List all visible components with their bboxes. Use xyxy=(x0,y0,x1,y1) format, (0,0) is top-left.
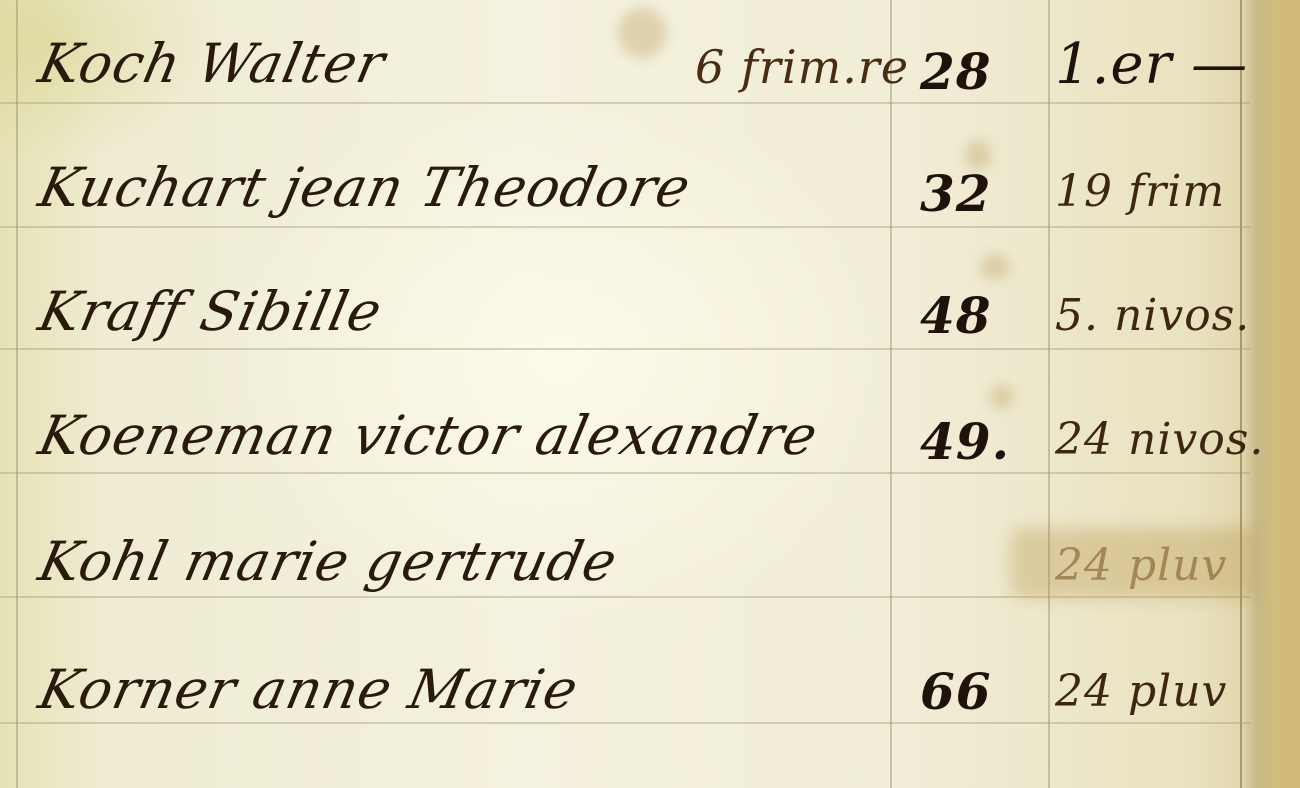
register-entry: Kraff Sibille 48 5. nivos. xyxy=(0,270,1300,394)
entry-age: 66 xyxy=(920,662,992,721)
entry-date: 24 nivos. xyxy=(1055,414,1264,465)
entry-note: 6 frim.re xyxy=(695,40,909,94)
entry-name: Koeneman victor alexandre xyxy=(33,404,823,467)
entry-age: 28 xyxy=(920,42,992,101)
entry-name: Korner anne Marie xyxy=(33,658,584,721)
entry-age: 49. xyxy=(920,412,1010,471)
register-page: Koch Walter 6 frim.re 28 1.er — Kuchart … xyxy=(0,0,1300,788)
entry-name: Kraff Sibille xyxy=(33,280,387,343)
register-entry: Koch Walter 6 frim.re 28 1.er — xyxy=(0,22,1300,146)
register-entry: Kuchart jean Theodore 32 19 frim xyxy=(0,146,1300,270)
entry-name: Kuchart jean Theodore xyxy=(33,156,696,219)
register-entry: Koeneman victor alexandre 49. 24 nivos. xyxy=(0,394,1300,518)
entry-date: 24 pluv xyxy=(1055,540,1227,591)
entry-age: 32 xyxy=(920,164,992,223)
entry-name: Kohl marie gertrude xyxy=(33,530,623,593)
register-entry: Korner anne Marie 66 24 pluv xyxy=(0,644,1300,768)
register-entry: Kohl marie gertrude 24 pluv xyxy=(0,518,1300,642)
entry-name: Koch Walter xyxy=(33,32,391,95)
entry-date: 19 frim xyxy=(1055,166,1225,217)
entry-date: 24 pluv xyxy=(1055,666,1227,717)
entry-date: 1.er — xyxy=(1055,32,1248,97)
entry-date: 5. nivos. xyxy=(1055,290,1250,341)
entry-age: 48 xyxy=(920,286,992,345)
